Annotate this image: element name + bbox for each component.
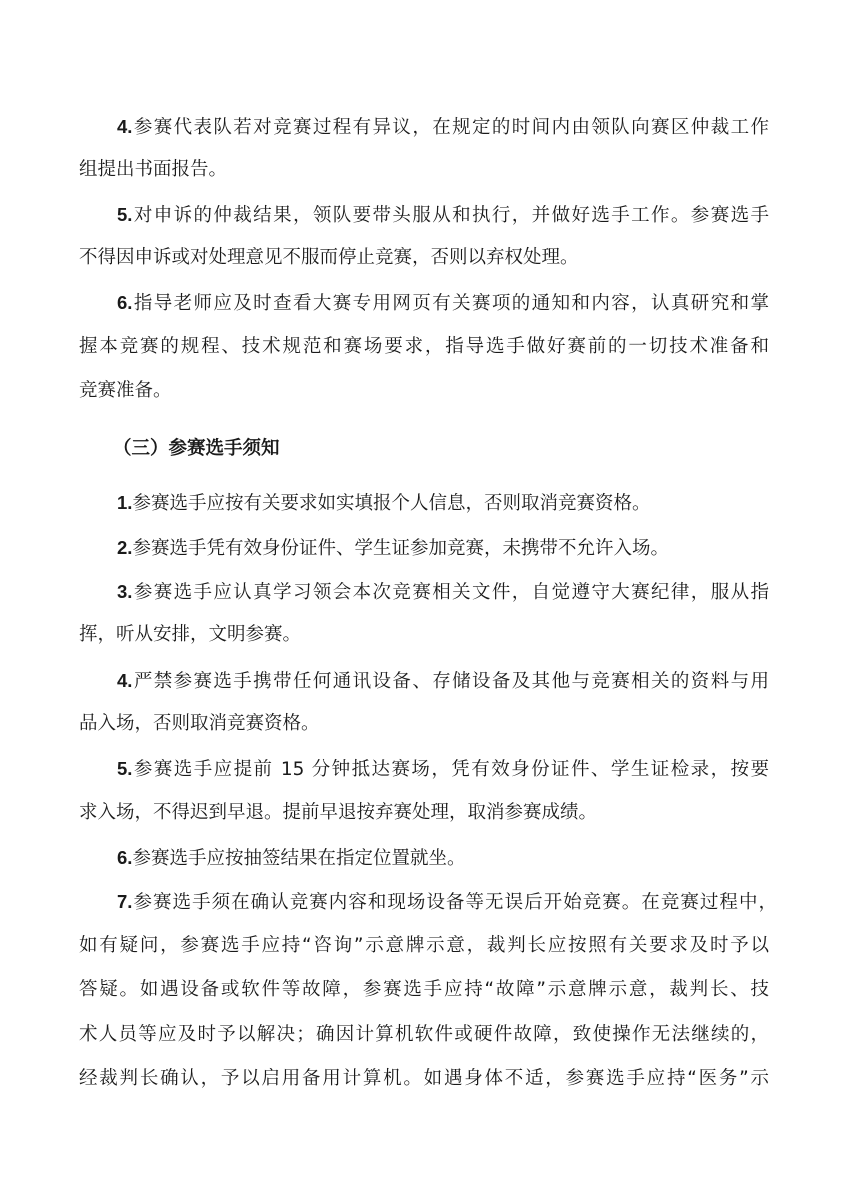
paragraph-6-line-3: 竞赛准备。 bbox=[79, 379, 769, 403]
rule-7-line-5: 经裁判长确认，予以启用备用计算机。如遇身体不适，参赛选手应持“医务”示 bbox=[79, 1067, 769, 1091]
rule-7-line-2: 如有疑问，参赛选手应持“咨询”示意牌示意，裁判长应按照有关要求及时予以 bbox=[79, 934, 769, 958]
rule-6-line-1: 6.参赛选手应按抽签结果在指定位置就坐。 bbox=[117, 846, 769, 871]
paragraph-6-line-1: 6.指导老师应及时查看大赛专用网页有关赛项的通知和内容，认真研究和掌 bbox=[117, 291, 769, 316]
rule-4-line-1: 4.严禁参赛选手携带任何通讯设备、存储设备及其他与竞赛相关的资料与用 bbox=[117, 669, 769, 694]
rule-number: 6. bbox=[117, 847, 132, 868]
rule-number: 1. bbox=[117, 492, 132, 513]
paragraph-number: 6. bbox=[117, 292, 132, 313]
paragraph-4-line-1: 4.参赛代表队若对竞赛过程有异议，在规定的时间内由领队向赛区仲裁工作 bbox=[117, 115, 769, 140]
rule-number: 7. bbox=[117, 891, 132, 912]
rule-number: 4. bbox=[117, 670, 132, 691]
rule-5-line-2: 求入场，不得迟到早退。提前早退按弃赛处理，取消参赛成绩。 bbox=[79, 801, 769, 825]
section-heading: （三）参赛选手须知 bbox=[113, 437, 280, 461]
rule-1-line-1: 1.参赛选手应按有关要求如实填报个人信息，否则取消竞赛资格。 bbox=[117, 491, 769, 516]
paragraph-4-line-2: 组提出书面报告。 bbox=[79, 158, 769, 182]
rule-number: 2. bbox=[117, 537, 132, 558]
paragraph-5-line-2: 不得因申诉或对处理意见不服而停止竞赛，否则以弃权处理。 bbox=[79, 246, 769, 270]
paragraph-5-line-1: 5.对申诉的仲裁结果，领队要带头服从和执行，并做好选手工作。参赛选手 bbox=[117, 203, 769, 228]
rule-7-line-3: 答疑。如遇设备或软件等故障，参赛选手应持“故障”示意牌示意，裁判长、技 bbox=[79, 978, 769, 1002]
paragraph-number: 5. bbox=[117, 204, 132, 225]
rule-3-line-1: 3.参赛选手应认真学习领会本次竞赛相关文件，自觉遵守大赛纪律，服从指 bbox=[117, 580, 769, 605]
rule-5-line-1: 5.参赛选手应提前 15 分钟抵达赛场，凭有效身份证件、学生证检录，按要 bbox=[117, 757, 769, 782]
document-page: 4.参赛代表队若对竞赛过程有异议，在规定的时间内由领队向赛区仲裁工作 组提出书面… bbox=[0, 0, 849, 1200]
rule-number: 5. bbox=[117, 758, 132, 779]
paragraph-6-line-2: 握本竞赛的规程、技术规范和赛场要求，指导选手做好赛前的一切技术准备和 bbox=[79, 335, 769, 359]
paragraph-number: 4. bbox=[117, 116, 132, 137]
rule-7-line-1: 7.参赛选手须在确认竞赛内容和现场设备等无误后开始竞赛。在竞赛过程中， bbox=[117, 890, 777, 915]
rule-number: 3. bbox=[117, 581, 132, 602]
rule-4-line-2: 品入场，否则取消竞赛资格。 bbox=[79, 712, 769, 736]
rule-2-line-1: 2.参赛选手凭有效身份证件、学生证参加竞赛，未携带不允许入场。 bbox=[117, 536, 769, 561]
rule-3-line-2: 挥，听从安排，文明参赛。 bbox=[79, 623, 769, 647]
rule-7-line-4: 术人员等应及时予以解决；确因计算机软件或硬件故障，致使操作无法继续的， bbox=[79, 1023, 769, 1047]
